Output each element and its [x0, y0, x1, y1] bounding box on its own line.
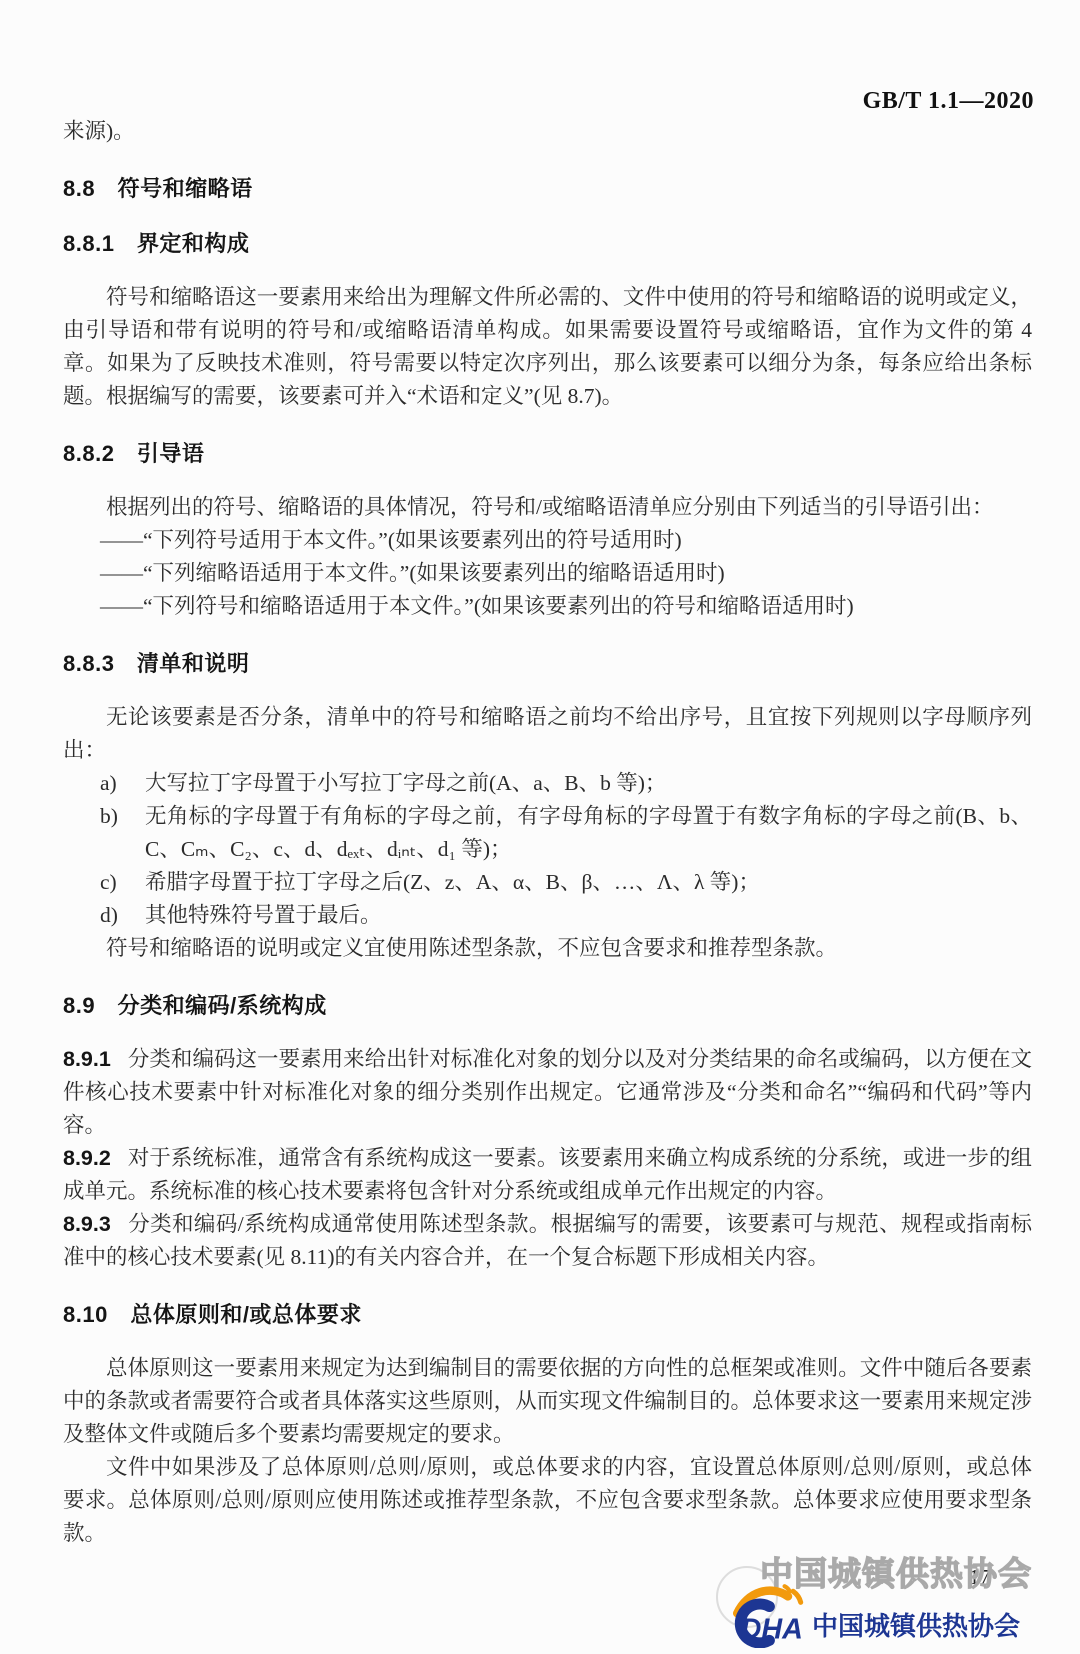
clause-number: 8.9.1 [63, 1047, 111, 1071]
clause-number: 8.9.3 [63, 1212, 111, 1236]
alpha-list-item: b) 无角标的字母置于有角标的字母之前，有字母角标的字母置于有数字角标的字母之前… [63, 800, 1032, 866]
list-marker: d) [100, 899, 145, 932]
dash-list-item: ——“下列缩略语适用于本文件。”(如果该要素列出的缩略语适用时) [63, 557, 1032, 590]
alpha-list-item: c) 希腊字母置于拉丁字母之后(Z、z、A、α、B、β、…、Λ、λ 等)； [63, 866, 1032, 899]
dha-swoosh-icon: DHA [722, 1582, 810, 1648]
list-item-text: 大写拉丁字母置于小写拉丁字母之前(A、a、B、b 等)； [145, 767, 1032, 800]
heading-8-9: 8.9 分类和编码/系统构成 [63, 992, 1032, 1020]
list-item-text: 其他特殊符号置于最后。 [145, 899, 1032, 932]
paragraph-8-8-1: 符号和缩略语这一要素用来给出为理解文件所必需的、文件中使用的符号和缩略语的说明或… [63, 281, 1032, 413]
list-marker: c) [100, 866, 145, 899]
document-page: GB/T 1.1—2020 来源)。 8.8 符号和缩略语 8.8.1 界定和构… [0, 0, 1080, 1654]
alpha-list-item: d) 其他特殊符号置于最后。 [63, 899, 1032, 932]
heading-8-8-1: 8.8.1 界定和构成 [63, 230, 1032, 258]
paragraph-8-8-3-intro: 无论该要素是否分条，清单中的符号和缩略语之前均不给出序号，且宜按下列规则以字母顺… [63, 701, 1032, 767]
logo-row: DHA 中国城镇供热协会 [722, 1582, 1020, 1648]
dash-list-item: ——“下列符号适用于本文件。”(如果该要素列出的符号适用时) [63, 524, 1032, 557]
heading-8-8-2: 8.8.2 引导语 [63, 440, 1032, 468]
heading-8-8: 8.8 符号和缩略语 [63, 175, 1032, 203]
doc-number: GB/T 1.1—2020 [0, 0, 1080, 115]
paragraph-8-8-2-intro: 根据列出的符号、缩略语的具体情况，符号和/或缩略语清单应分别由下列适当的引导语引… [63, 491, 1032, 524]
cdha-logo: 中国城镇供热协会 DHA 中国城镇供热协会 [716, 1554, 1052, 1650]
paragraph-8-10-1: 总体原则这一要素用来规定为达到编制目的需要依据的方向性的总框架或准则。文件中随后… [63, 1352, 1032, 1451]
heading-8-10: 8.10 总体原则和/或总体要求 [63, 1301, 1032, 1329]
list-marker: b) [100, 800, 145, 866]
clause-8-9-1: 8.9.1分类和编码这一要素用来给出针对标准化对象的划分以及对分类结果的命名或编… [63, 1043, 1032, 1142]
clause-8-9-2: 8.9.2对于系统标准，通常含有系统构成这一要素。该要素用来确立构成系统的分系统… [63, 1142, 1032, 1208]
clause-text: 对于系统标准，通常含有系统构成这一要素。该要素用来确立构成系统的分系统，或进一步… [63, 1146, 1032, 1203]
carryover-text: 来源)。 [63, 115, 1032, 148]
logo-name-text: 中国城镇供热协会 [812, 1606, 1020, 1648]
document-body: 来源)。 8.8 符号和缩略语 8.8.1 界定和构成 符号和缩略语这一要素用来… [0, 115, 1080, 1550]
logo-abbr-text: DHA [741, 1614, 803, 1646]
paragraph-8-10-2: 文件中如果涉及了总体原则/总则/原则，或总体要求的内容，宜设置总体原则/总则/原… [63, 1451, 1032, 1550]
alpha-list-item: a) 大写拉丁字母置于小写拉丁字母之前(A、a、B、b 等)； [63, 767, 1032, 800]
clause-number: 8.9.2 [63, 1146, 111, 1170]
clause-text: 分类和编码/系统构成通常使用陈述型条款。根据编写的需要，该要素可与规范、规程或指… [63, 1212, 1032, 1269]
clause-text: 分类和编码这一要素用来给出针对标准化对象的划分以及对分类结果的命名或编码，以方便… [63, 1047, 1032, 1137]
heading-8-8-3: 8.8.3 清单和说明 [63, 650, 1032, 678]
list-marker: a) [100, 767, 145, 800]
clause-8-9-3: 8.9.3分类和编码/系统构成通常使用陈述型条款。根据编写的需要，该要素可与规范… [63, 1208, 1032, 1274]
dash-list-item: ——“下列符号和缩略语适用于本文件。”(如果该要素列出的符号和缩略语适用时) [63, 590, 1032, 623]
paragraph-8-8-3-closing: 符号和缩略语的说明或定义宜使用陈述型条款，不应包含要求和推荐型条款。 [63, 932, 1032, 965]
list-item-text: 希腊字母置于拉丁字母之后(Z、z、A、α、B、β、…、Λ、λ 等)； [145, 866, 1032, 899]
list-item-text: 无角标的字母置于有角标的字母之前，有字母角标的字母置于有数字角标的字母之前(B、… [145, 800, 1032, 866]
